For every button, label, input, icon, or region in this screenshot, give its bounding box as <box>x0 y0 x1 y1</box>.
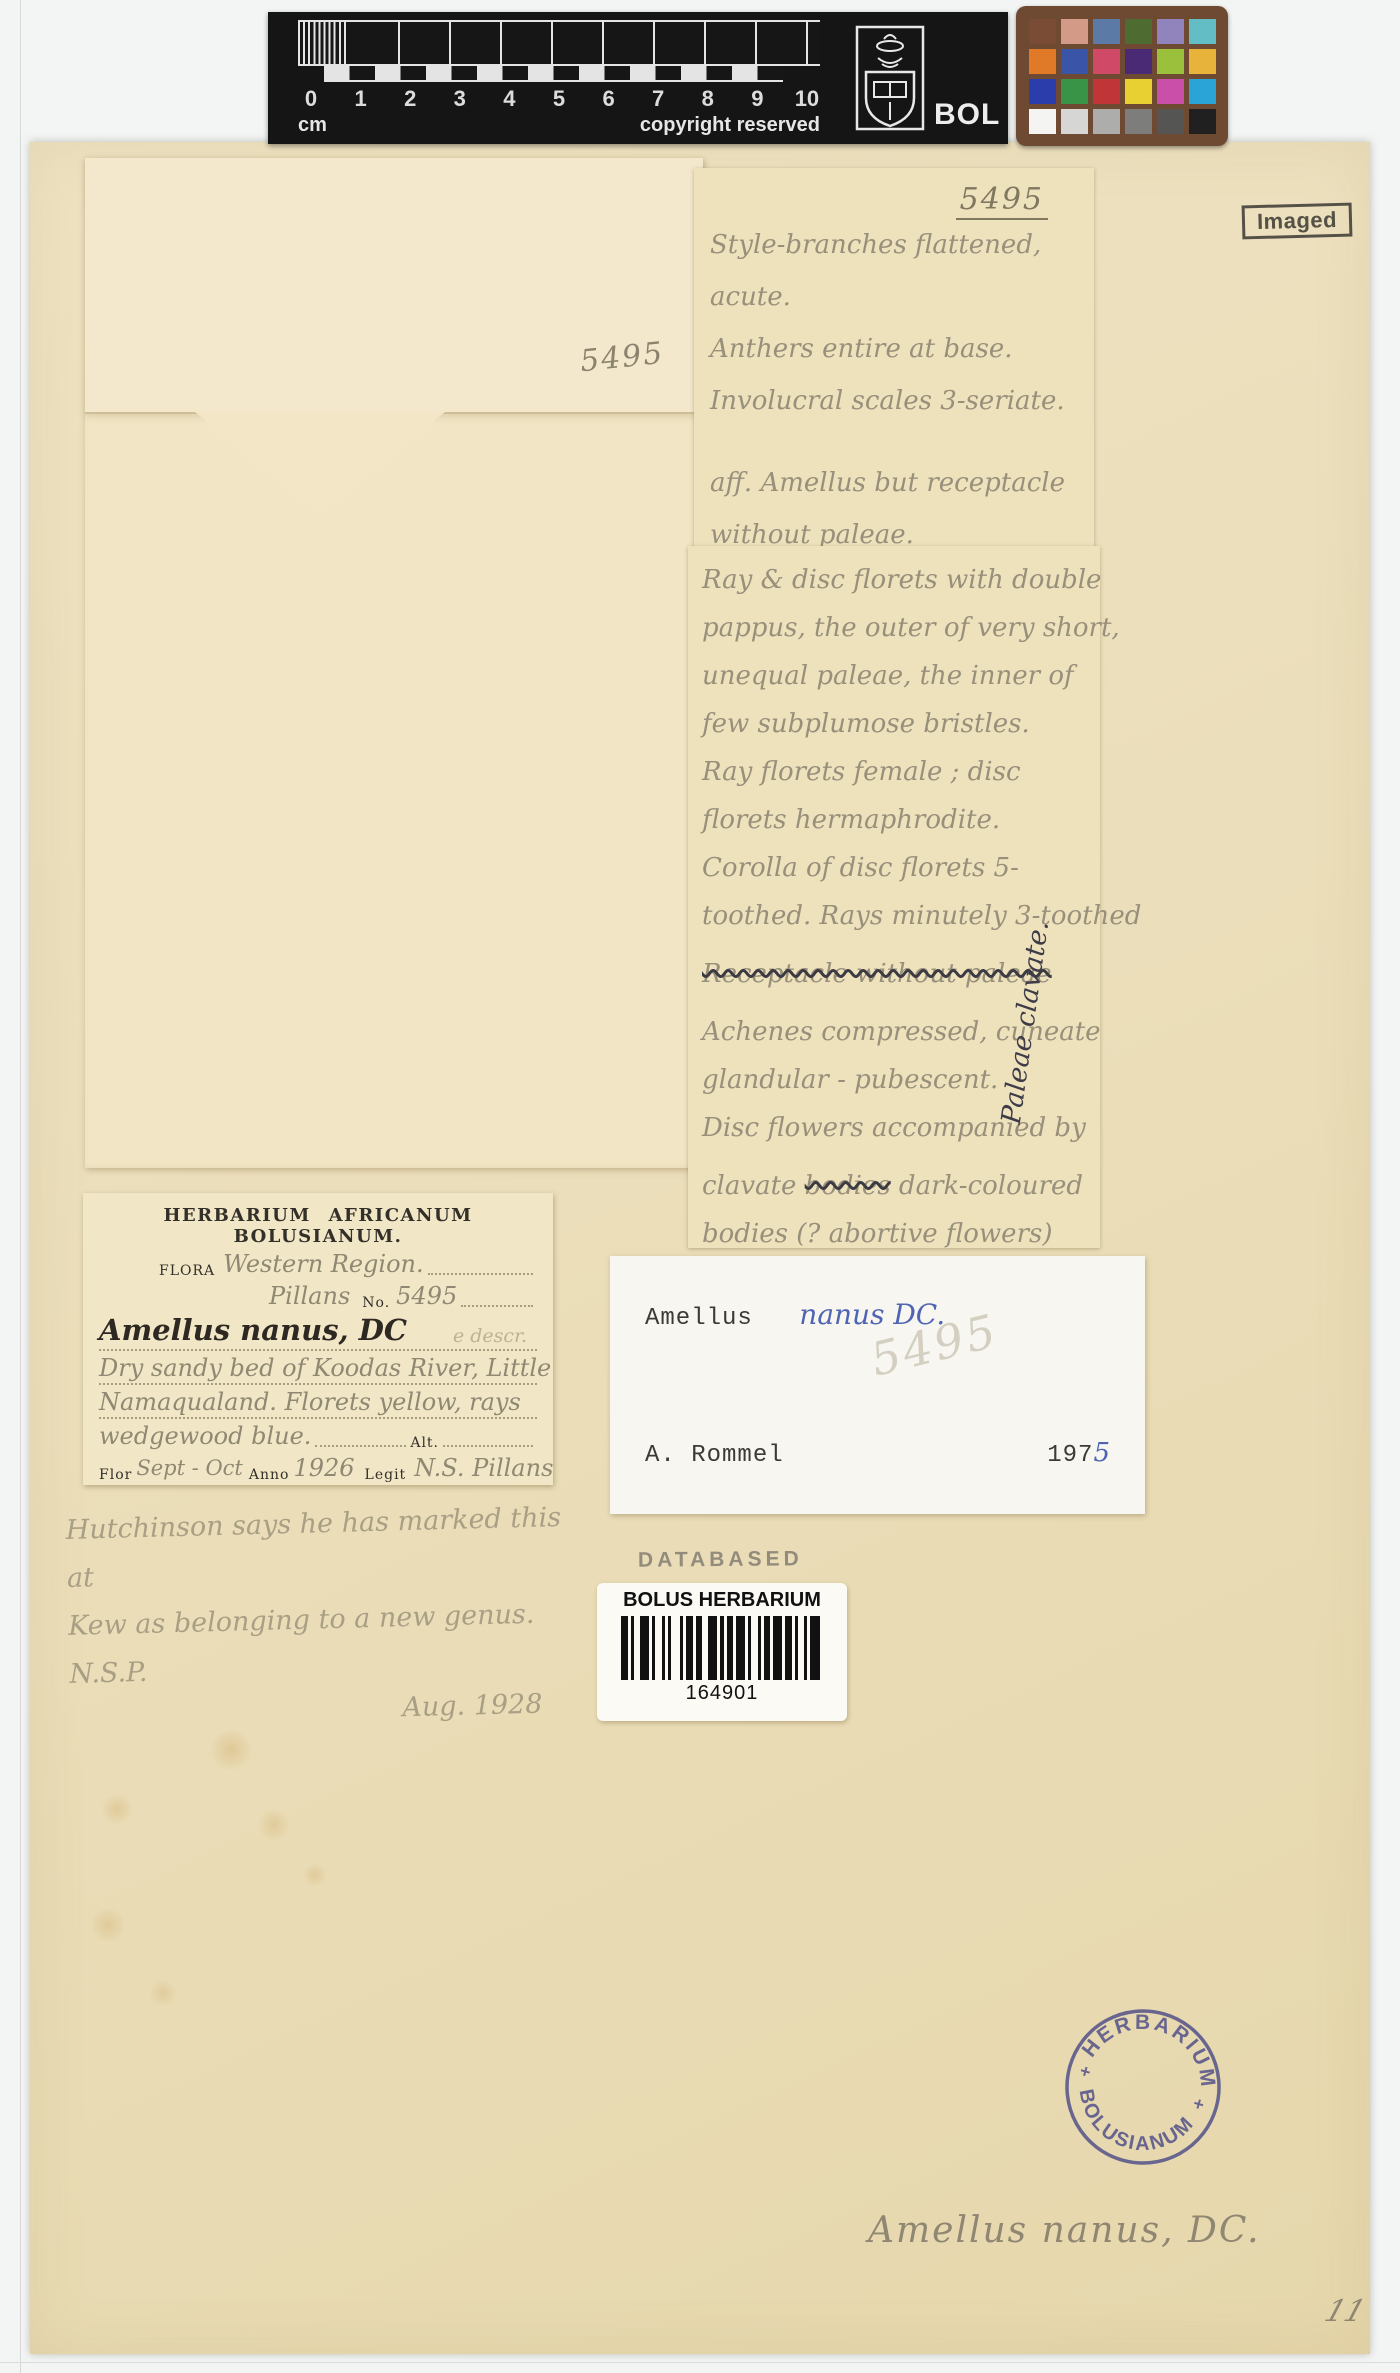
locality-line: Namaqualand. Florets yellow, rays <box>99 1387 521 1417</box>
dotted-rule <box>428 1272 533 1275</box>
note-line: Anthers entire at base. <box>710 323 1094 375</box>
scale-blocks: 012345678910 cm copyright reserved <box>298 20 820 137</box>
color-patch <box>1093 19 1120 44</box>
herbarium-bolusianum-stamp: HERBARIUM BOLUSIANUM + + <box>1038 1982 1248 2192</box>
color-patch <box>1029 79 1056 104</box>
bol-crest-icon <box>854 24 926 132</box>
scale-number: 9 <box>744 86 770 112</box>
note-bottom-lines-a: Ray & disc florets with doublepappus, th… <box>688 546 1100 940</box>
color-patch <box>1189 79 1216 104</box>
scale-mm-block <box>298 22 349 64</box>
color-patch <box>1157 19 1184 44</box>
color-patch <box>1157 79 1184 104</box>
note-line: Ray & disc florets with double <box>702 556 1100 604</box>
color-patch <box>1093 79 1120 104</box>
barcode-bars <box>597 1616 847 1680</box>
color-patch <box>1093 109 1120 134</box>
herbarium-sheet: 5495 5495 Style-branches flattened,acute… <box>30 142 1370 2354</box>
note-number: 5495 <box>694 168 1094 217</box>
color-patch <box>1061 49 1088 74</box>
scale-number: 2 <box>397 86 423 112</box>
label-title: HERBARIUM AFRICANUM BOLUSIANUM. <box>99 1205 537 1247</box>
locality-line: wedgewood blue. <box>99 1421 311 1451</box>
note-line: unequal paleae, the inner of <box>702 652 1100 700</box>
year-typed: 197 <box>1047 1442 1093 1469</box>
scale-bar: 012345678910 cm copyright reserved BOL <box>268 12 1008 144</box>
color-patch <box>1125 49 1152 74</box>
barcode-bar <box>810 1616 819 1680</box>
color-patches <box>1029 19 1216 134</box>
note-line-part: dark-coloured <box>891 1171 1083 1201</box>
scale-number: 5 <box>546 86 572 112</box>
color-patch <box>1157 49 1184 74</box>
color-patch <box>1093 49 1120 74</box>
determination-label: Amellus nanus DC. 5495 A. Rommel 1975 <box>610 1256 1145 1514</box>
color-patch <box>1125 19 1152 44</box>
pencil-note-line: Hutchinson says he has marked this at <box>65 1493 597 1603</box>
anno-value: 1926 <box>293 1453 354 1483</box>
flor-label: Flor <box>99 1467 132 1483</box>
taxon-name: Amellus nanus, DC <box>99 1313 407 1347</box>
specimen-envelope: 5495 <box>85 158 703 1168</box>
collection-number: 5495 <box>396 1281 457 1311</box>
scale-footer: cm copyright reserved <box>298 114 820 137</box>
scale-number: 8 <box>695 86 721 112</box>
stain <box>302 1864 328 1886</box>
note-line: acute. <box>710 271 1094 323</box>
year-handwritten: 5 <box>1093 1438 1110 1468</box>
herbarium-collection-label: HERBARIUM AFRICANUM BOLUSIANUM. FLORA We… <box>83 1193 553 1485</box>
no-label: No. <box>362 1295 390 1311</box>
note-line: Involucral scales 3-seriate. <box>710 375 1094 427</box>
stain <box>88 1908 128 1942</box>
note-line: Ray florets female ; disc <box>702 748 1100 796</box>
stamp-left-mark: + <box>1077 2060 1093 2082</box>
pencil-annotation-note: Hutchinson says he has marked this at Ke… <box>65 1493 601 1735</box>
note-line: pappus, the outer of very short, <box>702 604 1100 652</box>
barcode-title: BOLUS HERBARIUM <box>597 1589 847 1612</box>
color-checker-chart <box>1016 6 1228 146</box>
stain <box>256 1810 292 1840</box>
color-patch <box>1189 49 1216 74</box>
flora-value: Western Region. <box>223 1249 423 1279</box>
bottom-annotation: Amellus nanus, DC. <box>868 2210 1261 2251</box>
determiner-line: A. Rommel 1975 <box>645 1438 1110 1469</box>
color-patch <box>1029 19 1056 44</box>
collector-script: Pillans <box>269 1281 350 1311</box>
note-line-clavate: clavate bodies dark-coloured <box>702 1162 1100 1210</box>
databased-stamp: DATABASED <box>638 1547 803 1572</box>
color-patch <box>1061 109 1088 134</box>
determiner-name: A. Rommel <box>645 1442 784 1469</box>
barcode-space <box>820 1616 823 1680</box>
barcode-bar <box>708 1616 717 1680</box>
legit-label: Legit <box>365 1467 407 1483</box>
locality-line: Dry sandy bed of Koodas River, Little <box>99 1353 551 1383</box>
stain <box>208 1730 254 1770</box>
note-line: glandular - pubescent. <box>702 1056 1100 1104</box>
note-line: aff. Amellus but receptacle <box>710 457 1094 509</box>
color-patch <box>1189 19 1216 44</box>
flora-label: FLORA <box>159 1263 215 1279</box>
color-patch <box>1061 79 1088 104</box>
note-line-struck-word: bodies <box>805 1171 891 1201</box>
scale-number: 7 <box>645 86 671 112</box>
note-line: Corolla of disc florets 5- <box>702 844 1100 892</box>
note-line-part: clavate <box>702 1171 805 1201</box>
handwritten-note-bottom: Ray & disc florets with doublepappus, th… <box>688 546 1100 1248</box>
anno-label: Anno <box>249 1467 290 1483</box>
scale-half-blocks <box>324 66 783 82</box>
unit-label: cm <box>298 114 327 137</box>
taxon-note: e descr. <box>453 1325 527 1347</box>
barcode-label: BOLUS HERBARIUM 164901 <box>597 1583 847 1721</box>
scale-number: 4 <box>496 86 522 112</box>
stain <box>148 1980 178 2006</box>
scale-cm-blocks <box>298 20 820 66</box>
page-number: 11 <box>1320 2294 1370 2329</box>
envelope-flap-point <box>195 412 445 512</box>
barcode-bar <box>736 1616 745 1680</box>
alt-label: Alt. <box>410 1435 439 1451</box>
scale-number: 0 <box>298 86 324 112</box>
note-top-lines: Style-branches flattened,acute.Anthers e… <box>694 217 1094 561</box>
scale-number: 1 <box>348 86 374 112</box>
barcode-bar <box>773 1616 782 1680</box>
scale-number: 6 <box>596 86 622 112</box>
barcode-number: 164901 <box>597 1682 847 1705</box>
stamp-top-text: HERBARIUM <box>1075 1993 1235 2096</box>
flor-value: Sept - Oct <box>136 1453 243 1483</box>
stain <box>100 1794 134 1824</box>
dotted-rule <box>443 1444 533 1447</box>
copyright-label: copyright reserved <box>640 114 820 137</box>
note-line: Style-branches flattened, <box>710 219 1094 271</box>
note-line: few subplumose bristles. <box>702 700 1100 748</box>
color-patch <box>1029 49 1056 74</box>
stamp-bottom-text: BOLUSIANUM <box>1062 2082 1201 2171</box>
stamp-right-mark: + <box>1191 2093 1207 2115</box>
note-line: florets hermaphrodite. <box>702 796 1100 844</box>
note-line: bodies (? abortive flowers) <box>702 1210 1100 1258</box>
dotted-rule <box>461 1304 533 1307</box>
dotted-rule <box>315 1444 406 1447</box>
imaged-stamp-text: Imaged <box>1257 207 1338 234</box>
color-patch <box>1029 109 1056 134</box>
scale-numbers: 012345678910 <box>298 86 820 112</box>
pencil-note-line: Kew as belonging to a new genus. N.S.P. <box>68 1589 600 1699</box>
legit-value: N.S. Pillans <box>414 1453 553 1483</box>
note-number-text: 5495 <box>956 182 1048 220</box>
bol-code: BOL <box>934 98 1000 132</box>
color-patch <box>1061 19 1088 44</box>
genus-typed: Amellus <box>645 1305 753 1332</box>
color-patch <box>1125 79 1152 104</box>
imaged-stamp: Imaged <box>1242 203 1353 240</box>
scale-number: 10 <box>794 86 820 112</box>
color-patch <box>1157 109 1184 134</box>
color-patch <box>1125 109 1152 134</box>
barcode-space <box>671 1616 680 1680</box>
handwritten-note-top: 5495 Style-branches flattened,acute.Anth… <box>694 168 1094 548</box>
note-line: Disc flowers accompanied by <box>702 1104 1100 1152</box>
scale-number: 3 <box>447 86 473 112</box>
scan-background: 5495 5495 Style-branches flattened,acute… <box>0 0 1400 2373</box>
barcode-bar <box>640 1616 649 1680</box>
color-patch <box>1189 109 1216 134</box>
